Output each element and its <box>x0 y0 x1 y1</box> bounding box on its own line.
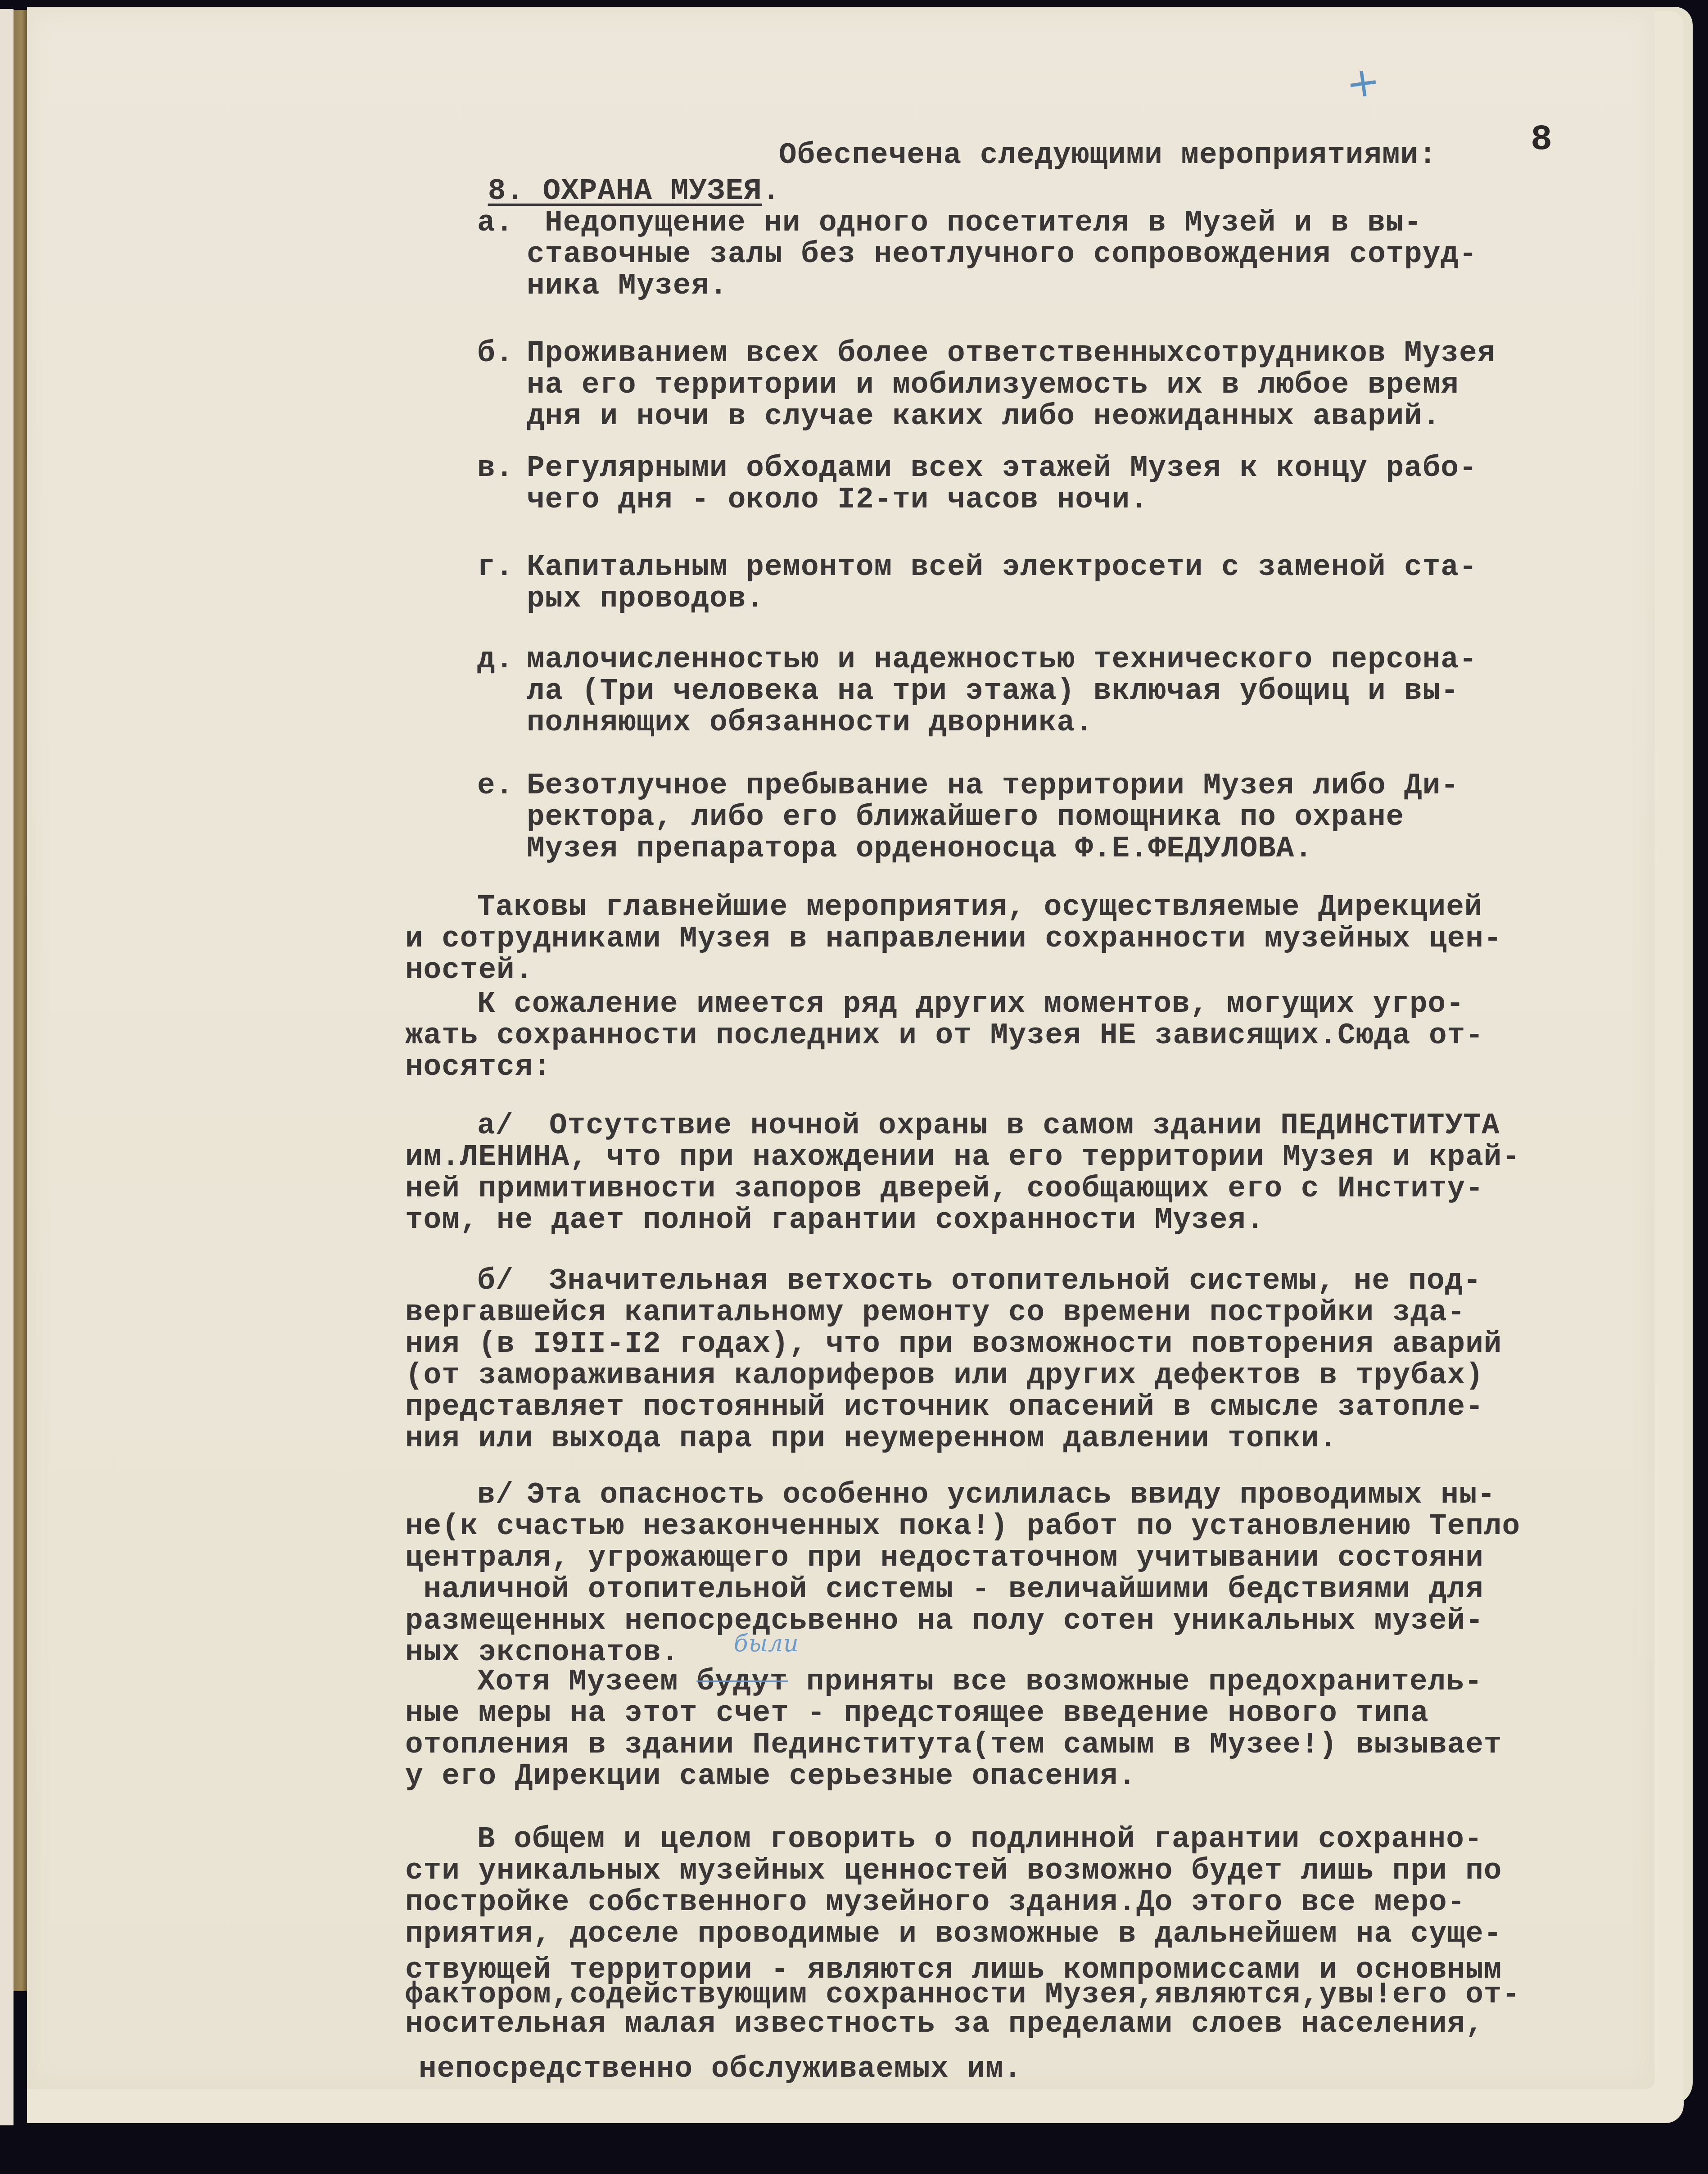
paragraph-line: ные меры на этот счет - предстоящее введ… <box>405 1698 1429 1729</box>
paragraph-line: жать сохранности последних и от Музея НЕ… <box>405 1020 1484 1051</box>
risk-line: Эта опасность особенно усилилась ввиду п… <box>527 1479 1496 1511</box>
previous-page-edge <box>0 9 14 2125</box>
paragraph-line: отопления в здании Пединститута(тем самы… <box>405 1729 1502 1761</box>
risk-line: ния (в I9II-I2 годах), что при возможнос… <box>405 1328 1502 1360</box>
measure-line: Безотлучное пребывание на территории Муз… <box>527 770 1459 802</box>
risk-label: б/ <box>477 1265 514 1297</box>
measure-label: е. <box>477 770 514 802</box>
risk-line: (от замораживания калориферов или других… <box>405 1360 1484 1391</box>
section-title: 8. ОХРАНА МУЗЕЯ <box>488 174 762 208</box>
measure-line: на его территории и мобилизуемость их в … <box>527 369 1459 401</box>
paragraph-line: Хотя Музеем будут приняты все возможные … <box>477 1666 1482 1698</box>
risk-line: Отсутствие ночной охраны в самом здании … <box>549 1110 1500 1141</box>
measure-line: Капитальным ремонтом всей электросети с … <box>527 552 1478 583</box>
measure-line: Проживанием всех более ответственныхсотр… <box>527 338 1496 369</box>
struck-word: будут <box>696 1665 788 1698</box>
measure-line: Недопущение ни одного посетителя в Музей… <box>545 207 1422 239</box>
paragraph-line: ностей. <box>405 955 533 986</box>
measure-line: полняющих обязанности дворника. <box>527 707 1093 738</box>
paragraph-line: носительная малая известность за предела… <box>405 2008 1484 2040</box>
risk-line: им.ЛЕНИНА, что при нахождении на его тер… <box>405 1141 1520 1173</box>
paragraph-line: фактором,содействующим сохранности Музея… <box>405 1979 1520 2011</box>
measure-line: ставочные залы без неотлучного сопровожд… <box>527 239 1478 270</box>
risk-line: вергавшейся капитальному ремонту со врем… <box>405 1297 1465 1328</box>
measure-label: д. <box>477 644 514 675</box>
paragraph-line: у его Дирекции самые серьезные опасения. <box>405 1761 1136 1792</box>
measure-label: в. <box>477 453 514 484</box>
document-page: + 8 8. ОХРАНА МУЗЕЯ. Обеспечена следующи… <box>27 9 1654 2089</box>
measure-line: дня и ночи в случае каких либо неожиданн… <box>527 401 1441 432</box>
risk-line: размещенных непосредсьвенно на полу соте… <box>405 1605 1484 1637</box>
risk-line: ных экспонатов. <box>405 1637 679 1668</box>
paragraph-line: носятся: <box>405 1051 551 1083</box>
section-lead: Обеспечена следующими мероприятиями: <box>779 140 1437 171</box>
risk-label: а/ <box>477 1110 514 1141</box>
risk-line: Значительная ветхость отопительной систе… <box>549 1265 1482 1297</box>
measure-line: ника Музея. <box>527 270 728 302</box>
measure-line: ла (Три человека на три этажа) включая у… <box>527 675 1459 707</box>
binding-strip <box>14 10 27 1991</box>
paragraph-line: постройке собственного музейного здания.… <box>405 1887 1465 1918</box>
paragraph-line: приятия, доселе проводимые и возможные в… <box>405 1918 1502 1950</box>
measure-line: чего дня - около I2-ти часов ночи. <box>527 484 1148 516</box>
measure-line: ректора, либо его ближайшего помощника п… <box>527 802 1404 833</box>
measure-label: а. <box>477 207 514 239</box>
paragraph-line: Таковы главнейшие мероприятия, осуществл… <box>477 892 1482 923</box>
risk-line: централя, угрожающего при недостаточном … <box>405 1542 1484 1574</box>
measure-label: г. <box>477 552 514 583</box>
risk-line: представляет постоянный источник опасени… <box>405 1391 1484 1423</box>
measure-line: Регулярными обходами всех этажей Музея к… <box>527 453 1478 484</box>
risk-line: ния или выхода пара при неумеренном давл… <box>405 1423 1337 1454</box>
measure-line: рых проводов. <box>527 583 764 615</box>
paragraph-line: и сотрудниками Музея в направлении сохра… <box>405 923 1502 955</box>
risk-label: в/ <box>477 1479 514 1511</box>
paragraph-line: К сожаление имеется ряд других моментов,… <box>477 988 1464 1020</box>
risk-line: ней примитивности запоров дверей, сообща… <box>405 1173 1484 1205</box>
risk-line: не(к счастью незаконченных пока!) работ … <box>405 1511 1520 1542</box>
typewritten-text: 8. ОХРАНА МУЗЕЯ. Обеспечена следующими м… <box>27 9 1654 2089</box>
measure-label: б. <box>477 338 514 369</box>
paragraph-line: сти уникальных музейных ценностей возмож… <box>405 1855 1502 1887</box>
paragraph-line: непосредственно обслуживаемых им. <box>419 2053 1022 2085</box>
risk-line: том, не дает полной гарантии сохранности… <box>405 1205 1265 1236</box>
handwritten-correction: были <box>734 1630 799 1657</box>
measure-line: Музея препаратора орденоносца Ф.Е.ФЕДУЛО… <box>527 833 1313 865</box>
paragraph-line: В общем и целом говорить о подлинной гар… <box>477 1824 1482 1855</box>
measure-line: малочисленностью и надежностью техническ… <box>527 644 1478 675</box>
risk-line: наличной отопительной системы - величайш… <box>405 1574 1484 1605</box>
